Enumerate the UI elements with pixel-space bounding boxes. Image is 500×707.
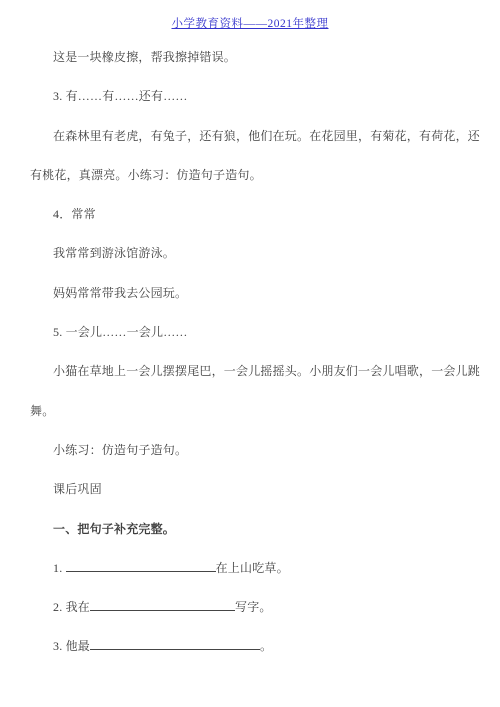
text-run: 1.	[53, 561, 66, 575]
text-run: 写字。	[235, 600, 272, 614]
text-run: 5. 一会儿……一会儿……	[53, 325, 188, 339]
document-body: 这是一块橡皮擦，帮我擦掉错误。3. 有……有……还有……在森林里有老虎，有兔子，…	[30, 38, 480, 667]
text-run: 舞。	[30, 404, 54, 418]
fill-in-blank-line	[90, 637, 260, 650]
text-run: 在上山吃草。	[216, 561, 289, 575]
text-run: 课后巩固	[53, 482, 102, 496]
text-run: 妈妈常常带我去公园玩。	[53, 286, 187, 300]
section-after-class: 课后巩固	[30, 470, 480, 509]
text-run: 在森林里有老虎，有兔子，还有狼，他们在玩。在花园里，有菊花，有荷花，还	[53, 129, 480, 143]
task-complete-sentences: 一、把句子补充完整。	[30, 510, 480, 549]
item-5-yihuier: 5. 一会儿……一会儿……	[30, 313, 480, 352]
header-link[interactable]: 小学教育资料——2021年整理	[172, 18, 329, 30]
text-run: 我常常到游泳馆游泳。	[53, 246, 175, 260]
text-run: 3. 有……有……还有……	[53, 89, 188, 103]
fill-in-blank-line	[66, 559, 216, 572]
page-header: 小学教育资料——2021年整理	[0, 15, 500, 31]
paragraph-cat-line1: 小猫在草地上一会儿摆摆尾巴，一会儿摇摇头。小朋友们一会儿唱歌，一会儿跳	[30, 352, 480, 391]
text-run: 小猫在草地上一会儿摆摆尾巴，一会儿摇摇头。小朋友们一会儿唱歌，一会儿跳	[53, 364, 480, 378]
text-run: 这是一块橡皮擦，帮我擦掉错误。	[53, 50, 236, 64]
item-4-changchang: 4．常常	[30, 195, 480, 234]
sentence-eraser: 这是一块橡皮擦，帮我擦掉错误。	[30, 38, 480, 77]
text-run: 一、把句子补充完整。	[53, 522, 175, 536]
text-run: 。	[260, 639, 272, 653]
example-swim: 我常常到游泳馆游泳。	[30, 234, 480, 273]
paragraph-forest-line1: 在森林里有老虎，有兔子，还有狼，他们在玩。在花园里，有菊花，有荷花，还	[30, 117, 480, 156]
text-run: 3. 他最	[53, 639, 90, 653]
item-3-pattern-you: 3. 有……有……还有……	[30, 77, 480, 116]
paragraph-forest-line2: 有桃花，真漂亮。小练习：仿造句子造句。	[30, 156, 480, 195]
fill-in-blank-line	[90, 598, 235, 611]
practice-prompt: 小练习：仿造句子造句。	[30, 431, 480, 470]
text-run: 2. 我在	[53, 600, 90, 614]
blank-question-3: 3. 他最。	[30, 627, 480, 666]
text-run: 有桃花，真漂亮。小练习：仿造句子造句。	[30, 168, 262, 182]
text-run: 小练习：仿造句子造句。	[53, 443, 187, 457]
document-page: 小学教育资料——2021年整理 这是一块橡皮擦，帮我擦掉错误。3. 有……有………	[0, 0, 500, 707]
blank-question-2: 2. 我在写字。	[30, 588, 480, 627]
example-park: 妈妈常常带我去公园玩。	[30, 274, 480, 313]
blank-question-1: 1. 在上山吃草。	[30, 549, 480, 588]
text-run: 4．常常	[53, 207, 96, 221]
paragraph-cat-line2: 舞。	[30, 392, 480, 431]
